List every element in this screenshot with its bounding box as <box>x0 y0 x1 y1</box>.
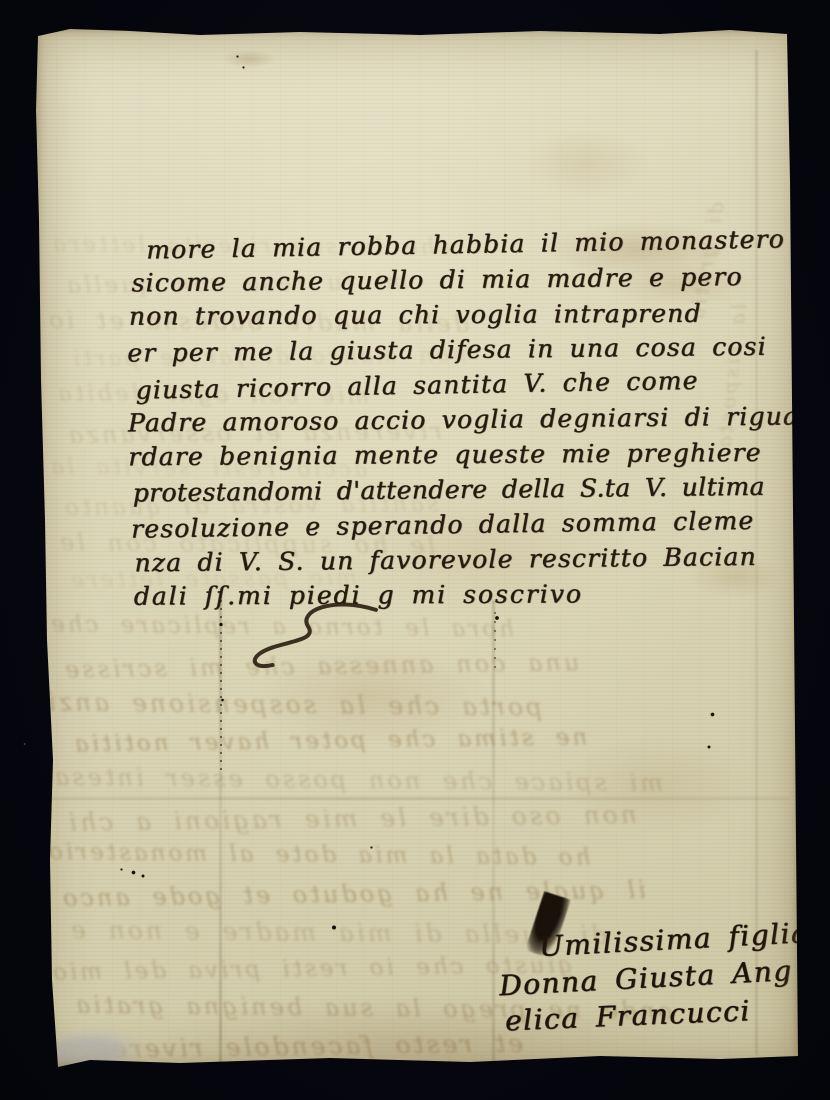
photo-backdrop: che la sua riverita letterami fu resa co… <box>0 0 830 1100</box>
paper-vignette <box>36 29 798 1067</box>
letter-paper: che la sua riverita letterami fu resa co… <box>0 0 830 1100</box>
